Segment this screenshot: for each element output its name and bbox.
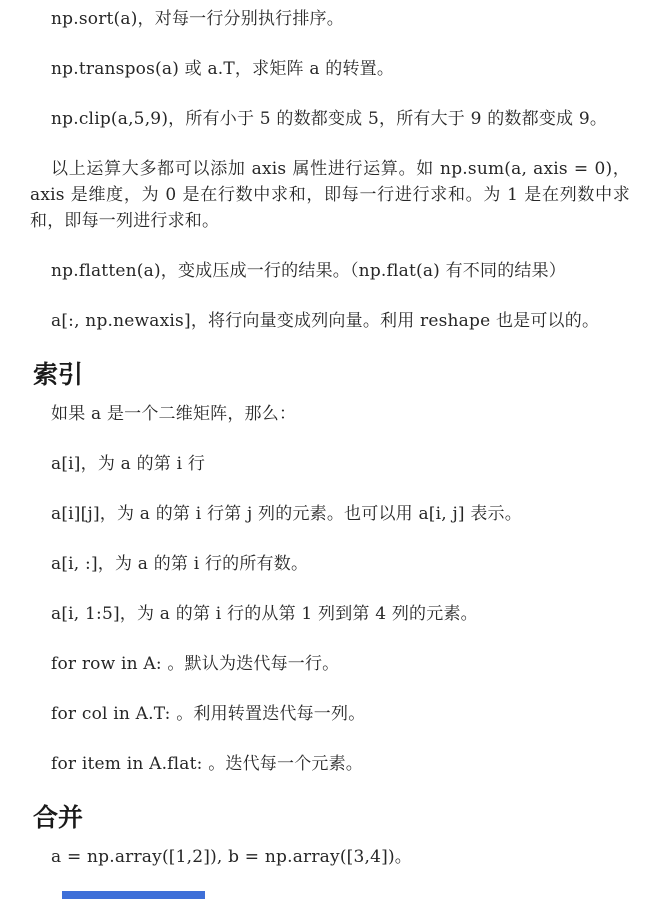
paragraph-a-i: a[i]，为 a 的第 i 行: [30, 451, 630, 477]
paragraph-for-col: for col in A.T: 。利用转置迭代每一列。: [30, 701, 630, 727]
paragraph-axis-note: 以上运算大多都可以添加 axis 属性进行运算。如 np.sum(a, axis…: [30, 156, 630, 234]
paragraph-np-array: a = np.array([1,2]), b = np.array([3,4])…: [30, 844, 630, 870]
paragraph-np-flatten: np.flatten(a)，变成压成一行的结果。（np.flat(a) 有不同的…: [30, 258, 630, 284]
paragraph-if-matrix: 如果 a 是一个二维矩阵，那么：: [30, 401, 630, 427]
paragraph-np-clip: np.clip(a,5,9)，所有小于 5 的数都变成 5，所有大于 9 的数都…: [30, 106, 630, 132]
bottom-partial-blue-bar: [62, 891, 205, 899]
paragraph-np-transpos: np.transpos(a) 或 a.T，求矩阵 a 的转置。: [30, 56, 630, 82]
paragraph-for-item: for item in A.flat: 。迭代每一个元素。: [30, 751, 630, 777]
paragraph-a-i-colon: a[i, :]，为 a 的第 i 行的所有数。: [30, 551, 630, 577]
paragraph-np-sort: np.sort(a)，对每一行分别执行排序。: [30, 6, 630, 32]
paragraph-a-i-slice: a[i, 1:5]，为 a 的第 i 行的从第 1 列到第 4 列的元素。: [30, 601, 630, 627]
section-heading-merge: 合并: [30, 801, 630, 835]
paragraph-newaxis: a[:, np.newaxis]，将行向量变成列向量。利用 reshape 也是…: [30, 308, 630, 334]
paragraph-for-row: for row in A: 。默认为迭代每一行。: [30, 651, 630, 677]
paragraph-a-i-j: a[i][j]，为 a 的第 i 行第 j 列的元素。也可以用 a[i, j] …: [30, 501, 630, 527]
section-heading-index: 索引: [30, 358, 630, 392]
document-page: np.sort(a)，对每一行分别执行排序。 np.transpos(a) 或 …: [0, 0, 647, 899]
document-content: np.sort(a)，对每一行分别执行排序。 np.transpos(a) 或 …: [0, 0, 647, 870]
